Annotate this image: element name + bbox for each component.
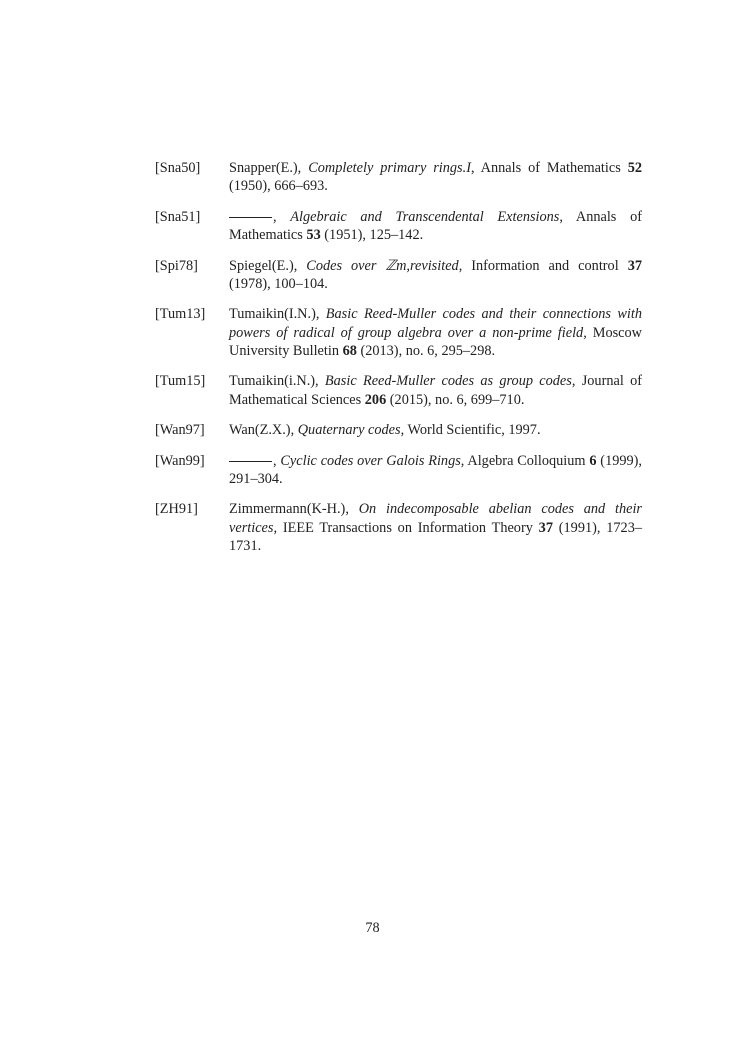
bib-volume: 52 [628,160,642,176]
bib-volume: 37 [539,520,553,536]
bib-text: Wan(Z.X.), Quaternary codes, World Scien… [229,421,642,439]
bib-journal: , Information and control [459,258,628,274]
bib-text: Tumaikin(I.N.), Basic Reed-Muller codes … [229,305,642,360]
bib-text: Spiegel(E.), Codes over ℤm,revisited, In… [229,257,642,294]
bib-key: [Spi78] [155,257,229,294]
bib-volume: 6 [589,453,596,469]
bib-entry-wan99: [Wan99] , Cyclic codes over Galois Rings… [155,452,642,489]
bib-entry-zh91: [ZH91] Zimmermann(K-H.), On indecomposab… [155,500,642,555]
bib-author: , [273,209,290,225]
bib-key: [ZH91] [155,500,229,555]
bib-key: [Tum13] [155,305,229,360]
bib-author: Spiegel(E.), [229,258,306,274]
bib-entry-tum13: [Tum13] Tumaikin(I.N.), Basic Reed-Mulle… [155,305,642,360]
bib-volume: 37 [628,258,642,274]
bib-journal: , Algebra Colloquium [461,453,590,469]
bib-author: Tumaikin(I.N.), [229,306,326,322]
page-number: 78 [0,919,745,937]
bib-text: Zimmermann(K-H.), On indecomposable abel… [229,500,642,555]
bib-year-pages: (2013), no. 6, 295–298. [357,343,495,359]
bib-text: , Algebraic and Transcendental Extension… [229,208,642,245]
bib-journal: , IEEE Transactions on Information Theor… [273,520,538,536]
bib-year-pages: (1950), 666–693. [229,178,328,194]
bib-year-pages: (1951), 125–142. [321,227,423,243]
bib-publisher: , World Scientific, 1997. [401,422,541,438]
bib-text: , Cyclic codes over Galois Rings, Algebr… [229,452,642,489]
bib-volume: 53 [306,227,320,243]
same-author-dash [229,461,272,462]
bib-key: [Wan97] [155,421,229,439]
bib-entry-sna51: [Sna51] , Algebraic and Transcendental E… [155,208,642,245]
bib-year-pages: (2015), no. 6, 699–710. [386,392,524,408]
bib-text: Tumaikin(i.N.), Basic Reed-Muller codes … [229,372,642,409]
bibliography-list: [Sna50] Snapper(E.), Completely primary … [155,159,642,568]
bib-author: Snapper(E.), [229,160,308,176]
bib-author: Tumaikin(i.N.), [229,373,325,389]
bib-key: [Tum15] [155,372,229,409]
bib-title: Quaternary codes [298,422,401,438]
bib-key: [Sna50] [155,159,229,196]
bib-title: Cyclic codes over Galois Rings [280,453,460,469]
bib-author: Wan(Z.X.), [229,422,298,438]
bib-title: Basic Reed-Muller codes as group codes [325,373,572,389]
bib-year-pages: (1978), 100–104. [229,276,328,292]
bib-entry-wan97: [Wan97] Wan(Z.X.), Quaternary codes, Wor… [155,421,642,439]
bib-text: Snapper(E.), Completely primary rings.I,… [229,159,642,196]
bib-title: Codes over ℤm,revisited [306,258,458,274]
bib-volume: 206 [365,392,386,408]
bib-title: Completely primary rings.I [308,160,471,176]
bib-key: [Wan99] [155,452,229,489]
bib-entry-tum15: [Tum15] Tumaikin(i.N.), Basic Reed-Mulle… [155,372,642,409]
bib-entry-sna50: [Sna50] Snapper(E.), Completely primary … [155,159,642,196]
bib-author: Zimmermann(K-H.), [229,501,359,517]
bib-key: [Sna51] [155,208,229,245]
bib-title: Algebraic and Transcendental Extensions [290,209,559,225]
same-author-dash [229,217,272,218]
bib-entry-spi78: [Spi78] Spiegel(E.), Codes over ℤm,revis… [155,257,642,294]
bib-journal: , Annals of Mathematics [471,160,628,176]
bib-volume: 68 [343,343,357,359]
